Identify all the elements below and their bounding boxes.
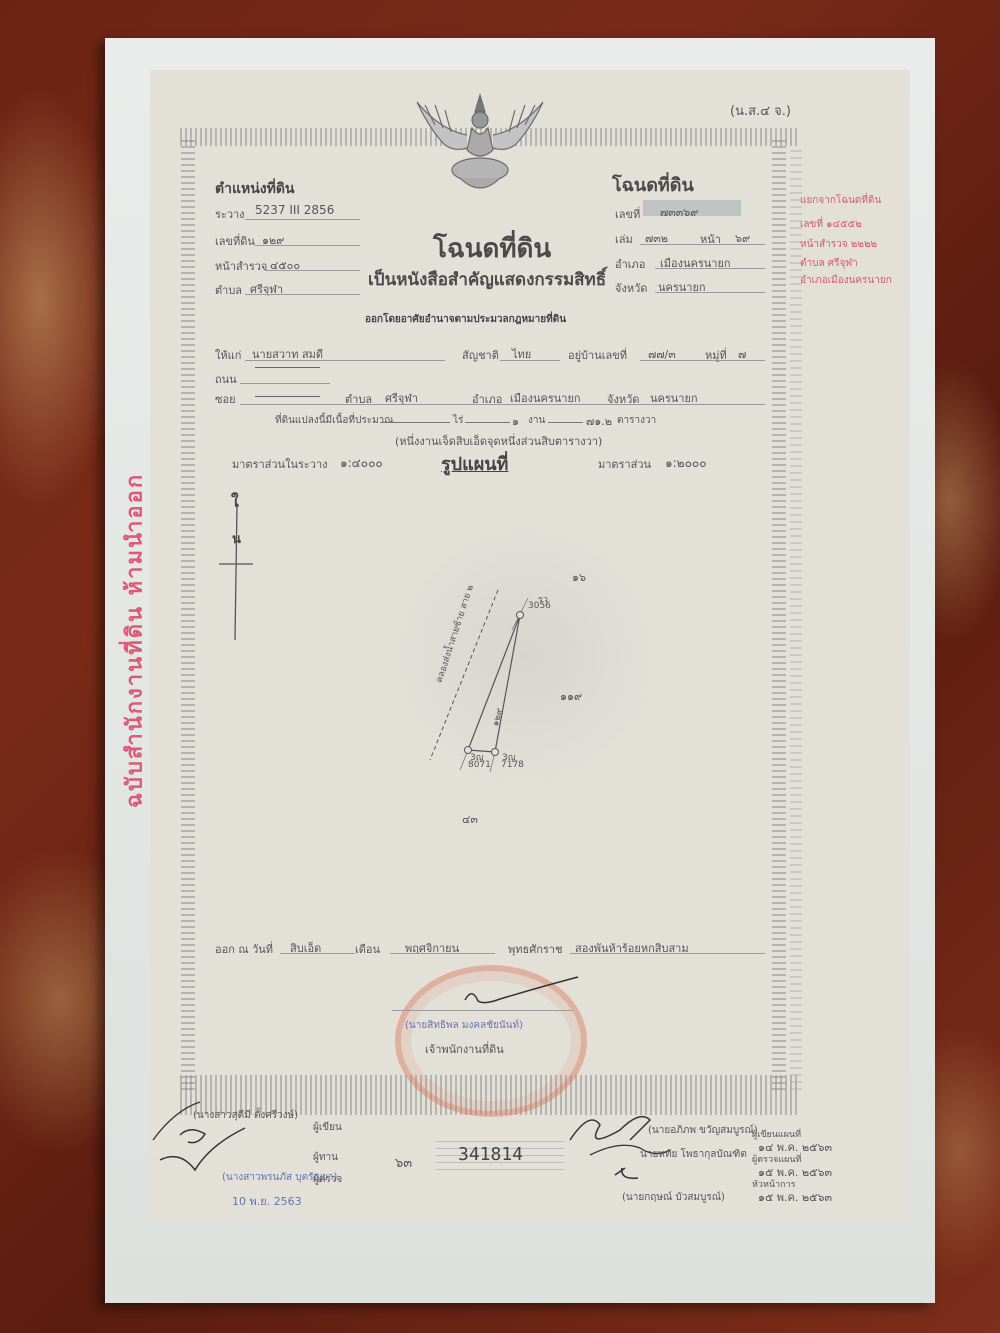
verifier-role: ผู้ตรวจ (313, 1172, 342, 1187)
deed-no-value: ๗๓๓๖๙ (660, 203, 698, 221)
serial-prefix: ๖๓ (395, 1152, 412, 1173)
soi-label: ซอย (215, 390, 236, 408)
issue-date-prefix: ออก ณ วันที่ (215, 940, 273, 958)
house-no-label: อยู่บ้านเลขที่ (568, 346, 627, 364)
deed-no-label: เลขที่ (615, 205, 640, 223)
side-watermark: ฉบับสำนักงานที่ดิน ห้ามนำออก (105, 420, 165, 860)
marker-3-number: 7178 (501, 760, 524, 770)
map-scale-value: ๑:๒๐๐๐ (665, 454, 707, 473)
issued-by: ออกโดยอาศัยอำนาจตามประมวลกฎหมายที่ดิน (365, 312, 566, 327)
marker-1-number: 3056 (528, 601, 551, 611)
deed-heading: โฉนดที่ดิน (612, 170, 694, 199)
form-code: (น.ส.๔ จ.) (730, 100, 791, 121)
decorative-border-right-outer (790, 150, 802, 1090)
adjacent-parcel-east: ๑๑๙ (560, 687, 582, 705)
district-value: เมืองนครนายก (660, 254, 731, 272)
margin-note-line-5: อำเภอเมืองนครนายก (800, 273, 892, 288)
margin-note-line-1: แยกจากโฉนดที่ดิน (800, 193, 881, 208)
margin-note-line-3: หน้าสำรวจ ๒๒๒๒ (800, 237, 877, 252)
granted-to-label: ให้แก่ (215, 346, 241, 364)
nationality-label: สัญชาติ (462, 346, 499, 364)
owner-subdistrict-label: ตำบล (345, 390, 372, 408)
writer-role: ผู้เขียน (313, 1120, 342, 1135)
parcel-no-label: เลขที่ดิน (215, 232, 255, 250)
area-in-words: (หนึ่งงานเจ็ดสิบเอ็ดจุดหนึ่งส่วนสิบตาราง… (395, 432, 602, 450)
document-title: โฉนดที่ดิน (433, 228, 551, 269)
official-title: เจ้าพนักงานที่ดิน (425, 1040, 504, 1058)
road-label: ถนน (215, 370, 237, 388)
moo-label: หมู่ที่ (705, 346, 727, 364)
map-sheet-value: 5237 III 2856 (255, 203, 334, 217)
marker-2-number: 8071 (468, 760, 491, 770)
surveyor-name-3: (นายกฤษณ์ บัวสมบูรณ์) (622, 1190, 725, 1205)
official-signature (460, 975, 600, 1015)
area-ngan-unit: งาน (528, 413, 545, 428)
issue-day: สิบเอ็ด (290, 939, 321, 957)
page-label: หน้า (700, 230, 721, 248)
area-rai-unit: ไร่ (453, 413, 463, 428)
surveyor-name-1: (นายอภิภพ ขวัญสมบูรณ์) (648, 1123, 758, 1138)
district-label: อำเภอ (615, 255, 645, 273)
adjacent-parcel-north: ๑๖ (572, 568, 586, 586)
stamp-date: 10 พ.ย. 2563 (232, 1192, 302, 1210)
north-arrow-icon (215, 500, 255, 640)
decorative-border-left (181, 140, 195, 1090)
serial-number: 341814 (458, 1144, 523, 1165)
issue-year-label: พุทธศักราช (508, 940, 562, 958)
survey-scale-value: ๑:๔๐๐๐ (340, 454, 383, 473)
writer-name: (นางสาวสุดีมี ตั้งศรีวงษ์) (193, 1108, 298, 1123)
province-value: นครนายก (658, 278, 706, 296)
area-wa-value: ๗๑.๒ (586, 412, 612, 430)
decorative-border-right (772, 140, 786, 1090)
subdistrict-label: ตำบล (215, 281, 242, 299)
issue-year: สองพันห้าร้อยหกสิบสาม (575, 939, 689, 957)
survey-scale-label: มาตราส่วนในระวาง (232, 455, 328, 473)
issue-month-label: เดือน (355, 940, 380, 958)
map-sheet-label: ระวาง (215, 205, 245, 223)
survey-page-value: ๔๕๐๐ (270, 256, 300, 274)
surveyor-date-3: ๑๕ พ.ค. ๒๕๖๓ (758, 1188, 832, 1206)
book-label: เล่ม (615, 230, 633, 248)
parcel-no-value: ๑๒๙ (262, 231, 284, 249)
garuda-emblem-icon (405, 90, 555, 200)
owner-district-label: อำเภอ (472, 390, 502, 408)
owner-province-label: จังหวัด (607, 390, 639, 408)
survey-page-label: หน้าสำรวจ (215, 257, 267, 275)
official-name: (นายสิทธิพล มงคลชัยนันท์) (405, 1018, 523, 1033)
area-ngan-value: ๑ (512, 412, 519, 430)
margin-note-line-4: ตำบล ศรีจุฬา (800, 256, 858, 271)
surveyor-signatures (560, 1100, 690, 1190)
adjacent-parcel-south: ๔๓ (462, 810, 478, 828)
margin-note-line-2: เลขที่ ๑๔๕๕๒ (800, 217, 862, 232)
map-scale-label: มาตราส่วน (598, 455, 651, 473)
issue-month: พฤศจิกายน (405, 939, 459, 957)
map-heading: รูปแผนที่ (441, 449, 508, 478)
area-prefix: ที่ดินแปลงนี้มีเนื้อที่ประมาณ (275, 413, 394, 428)
subdistrict-value: ศรีจุฬา (250, 280, 283, 298)
location-heading: ตำแหน่งที่ดิน (215, 178, 295, 200)
checker-role: ผู้ทาน (313, 1150, 338, 1165)
area-wa-unit: ตารางวา (617, 413, 656, 428)
document-subtitle: เป็นหนังสือสำคัญแสดงกรรมสิทธิ์ (368, 266, 606, 293)
province-label: จังหวัด (615, 279, 647, 297)
surveyor-name-2: นายหทัย โพธากุลบัณฑิต (640, 1147, 747, 1162)
